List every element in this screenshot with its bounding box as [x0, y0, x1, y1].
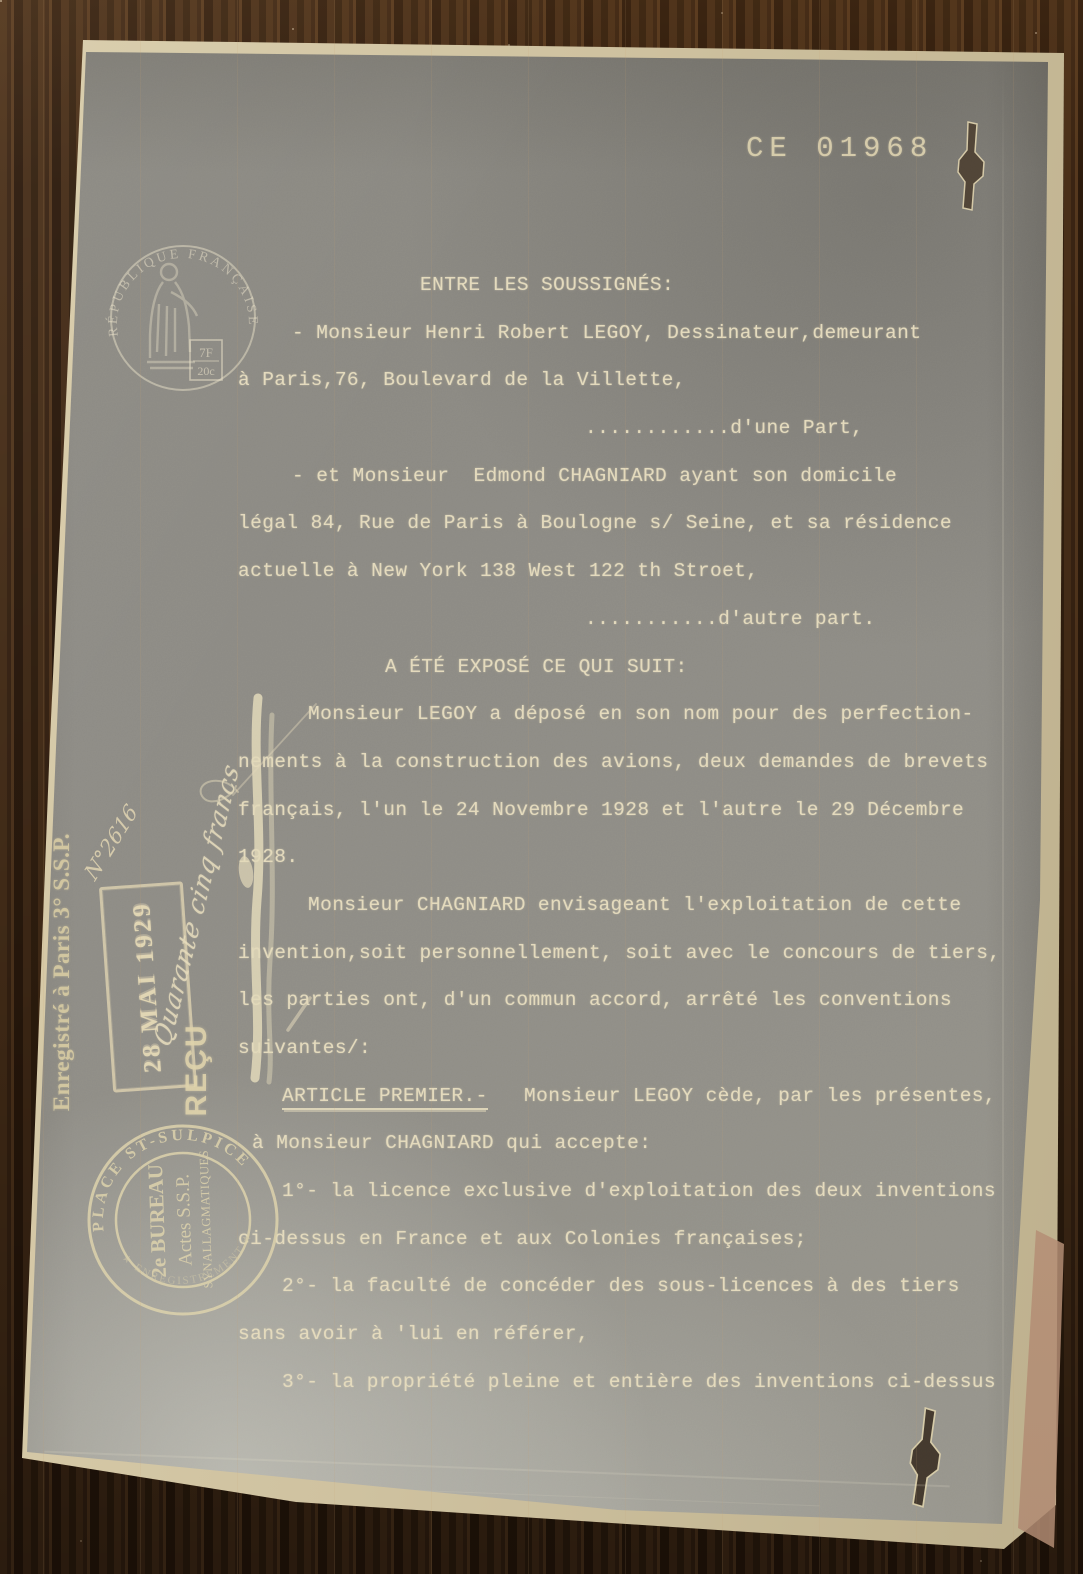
dust-specks [0, 0, 2, 2]
vertical-crease [1002, 62, 1004, 1518]
ink-smears [0, 0, 1083, 1574]
document-page: RÉPUBLIQUE FRANÇAISE 7F 20c CE 01968 ENT… [0, 0, 1083, 1574]
paper-fastener-slit-bottom [902, 1404, 962, 1516]
photo-wood-table: { "serial": "CE 01968", "document": { "l… [0, 0, 1083, 1574]
paper-fastener-slit-top [950, 118, 994, 218]
